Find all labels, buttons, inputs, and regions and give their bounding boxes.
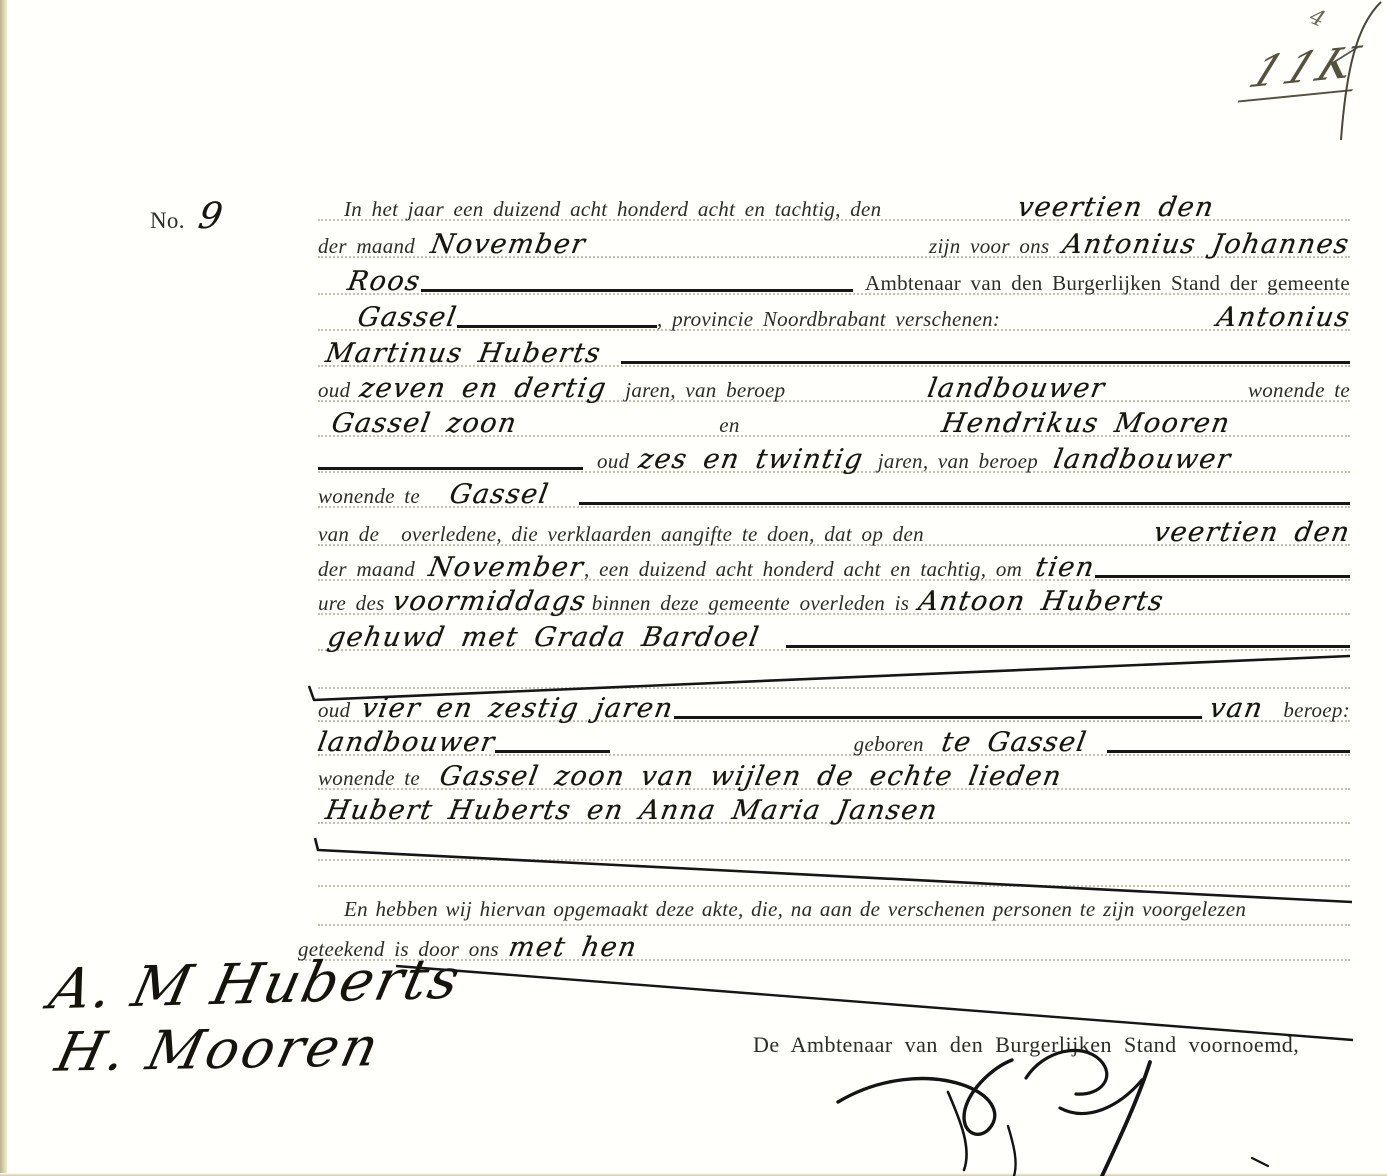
handwritten-time-of-day: voormiddags	[390, 586, 589, 617]
handwritten-deceased-age: vier en zestig jaren	[360, 693, 677, 724]
handwritten-deceased-residence-parents: Gassel zoon van wijlen de echte lieden	[437, 761, 1064, 792]
handwritten-declarant1-name: Martinus Huberts	[323, 338, 604, 369]
handwritten-death-day: veertien den	[1151, 517, 1353, 548]
printed-text: En hebben wij hiervan opgemaakt deze akt…	[344, 897, 1246, 922]
printed-text: wonende te	[1248, 378, 1350, 403]
printed-text: oud	[597, 449, 629, 474]
form-line-10: van de overledene, die verklaarden aangi…	[318, 517, 1350, 551]
pencil-mark-small: 4	[1306, 4, 1329, 33]
form-line-14-blank	[318, 660, 1350, 694]
ink-line	[1107, 750, 1350, 753]
form-line-1: In het jaar een duizend acht honderd ach…	[318, 192, 1350, 226]
printed-text: In het jaar een duizend acht honderd ach…	[344, 197, 881, 222]
ink-line	[318, 467, 583, 470]
handwritten-declarant2-occupation: landbouwer	[1051, 444, 1234, 475]
form-line-5: Martinus Huberts	[318, 338, 1350, 372]
ink-line	[674, 716, 1202, 719]
handwritten-declarant1-firstname: Antonius	[1214, 302, 1353, 333]
form-line-13: gehuwd met Grada Bardoel	[318, 622, 1350, 656]
handwritten-declarant2-name: Hendrikus Mooren	[939, 408, 1233, 439]
handwritten-spouse: gehuwd met Grada Bardoel	[325, 622, 762, 653]
form-line-4: Gassel , provincie Noordbrabant verschen…	[318, 302, 1350, 336]
official-caption: De Ambtenaar van den Burgerlijken Stand …	[753, 1032, 1299, 1058]
handwritten-death-month: November	[426, 552, 586, 583]
printed-text: van de	[318, 522, 379, 547]
pencil-mark: 11K	[1238, 36, 1376, 102]
strikethrough-line-3	[396, 966, 1353, 1040]
handwritten-signed-with-them: met hen	[506, 932, 640, 963]
form-line-2: der maand November zijn voor ons Antoniu…	[318, 229, 1350, 263]
form-line-16: landbouwer geboren te Gassel	[318, 727, 1350, 761]
printed-text: jaren, van beroep	[878, 449, 1038, 474]
handwritten-declarant1-residence: Gassel zoon	[329, 408, 520, 439]
form-line-8: oud zes en twintig jaren, van beroep lan…	[318, 444, 1350, 478]
handwritten-parents-names: Hubert Huberts en Anna Maria Jansen	[323, 795, 940, 826]
form-line-19b-blank	[318, 858, 1350, 892]
handwritten-date-day: veertien den	[1015, 192, 1217, 223]
act-number-value: 9	[195, 196, 227, 237]
printed-text: wonende te	[318, 766, 420, 791]
handwritten-declarant2-age: zes en twintig	[637, 444, 867, 475]
printed-text: geteekend is door ons	[298, 937, 499, 962]
ink-line	[621, 361, 1350, 364]
signature-declarant2: H. Mooren	[50, 1015, 387, 1084]
printed-text: zijn voor ons	[929, 234, 1049, 259]
printed-text: beroep:	[1283, 698, 1350, 723]
printed-text: jaren, van beroep	[625, 378, 785, 403]
handwritten-month: November	[428, 229, 588, 260]
printed-text: en	[719, 413, 739, 438]
form-line-15: oud vier en zestig jaren van beroep:	[318, 693, 1350, 727]
form-line-11: der maand November , een duizend acht ho…	[318, 552, 1350, 586]
printed-text: der maand	[318, 557, 415, 582]
printed-text: ure des	[318, 591, 385, 616]
printed-text: oud	[318, 698, 350, 723]
handwritten-text-van: van	[1207, 693, 1266, 724]
death-certificate-page: 4 11K No. 9 In het jaar een duizend acht…	[0, 0, 1387, 1176]
form-line-7: Gassel zoon en Hendrikus Mooren	[318, 408, 1350, 442]
ink-line	[1095, 575, 1350, 578]
printed-text: der maand	[318, 234, 415, 259]
handwritten-registrar-name: Antonius Johannes	[1061, 229, 1353, 260]
ink-line	[786, 645, 1350, 648]
handwritten-deceased-name: Antoon Huberts	[917, 586, 1167, 617]
form-line-21: geteekend is door ons met hen	[298, 932, 1350, 966]
printed-text: binnen deze gemeente overleden is	[592, 591, 909, 616]
form-line-18: Hubert Huberts en Anna Maria Jansen	[318, 795, 1350, 829]
ink-line	[579, 502, 1350, 505]
ink-line	[421, 289, 853, 292]
ink-line	[457, 325, 657, 328]
official-signature	[838, 1050, 1268, 1176]
paper-left-edge	[0, 0, 7, 1176]
printed-text: overledene, die verklaarden aangifte te …	[401, 522, 924, 547]
handwritten-death-hour: tien	[1033, 552, 1097, 583]
handwritten-municipality: Gassel	[355, 302, 459, 333]
handwritten-birthplace: te Gassel	[939, 727, 1089, 758]
printed-text: Ambtenaar van den Burgerlijken Stand der…	[865, 271, 1350, 296]
form-line-6: oud zeven en dertig jaren, van beroep la…	[318, 373, 1350, 407]
form-line-12: ure des voormiddags binnen deze gemeente…	[318, 586, 1350, 620]
form-line-17: wonende te Gassel zoon van wijlen de ech…	[318, 761, 1350, 795]
printed-text: , een duizend acht honderd acht en tacht…	[584, 557, 1022, 582]
printed-text: wonende te	[318, 484, 420, 509]
ink-line	[495, 750, 610, 753]
act-number-label: No.	[150, 208, 185, 233]
printed-text: , provincie Noordbrabant verschenen:	[657, 307, 1000, 332]
handwritten-declarant1-occupation: landbouwer	[925, 373, 1108, 404]
handwritten-declarant1-age: zeven en dertig	[358, 373, 610, 404]
form-line-3: Roos Ambtenaar van den Burgerlijken Stan…	[318, 266, 1350, 300]
act-number: No. 9	[150, 196, 223, 237]
form-line-9: wonende te Gassel	[318, 479, 1350, 513]
printed-text: geboren	[854, 732, 924, 757]
handwritten-declarant2-residence: Gassel	[447, 479, 551, 510]
printed-text: oud	[318, 378, 350, 403]
handwritten-registrar-surname: Roos	[345, 266, 423, 297]
form-line-20: En hebben wij hiervan opgemaakt deze akt…	[318, 897, 1350, 931]
handwritten-deceased-occupation: landbouwer	[315, 727, 498, 758]
